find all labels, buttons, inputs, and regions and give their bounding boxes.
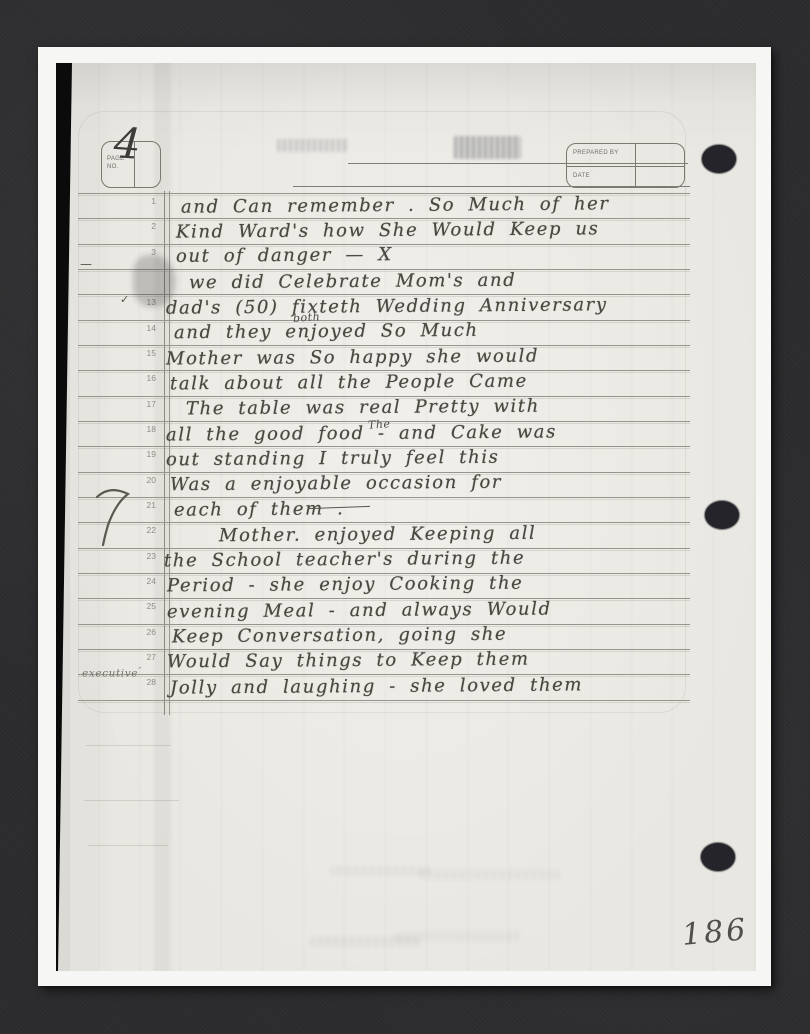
margin-dash-mark: — (80, 257, 92, 271)
line-number: 27 (130, 652, 156, 662)
hole-punch-middle (705, 501, 739, 529)
line-number: 14 (130, 323, 156, 333)
prepared-by-label: PREPARED BY (573, 150, 619, 158)
photocopy-smudge (133, 255, 176, 307)
line-number: 15 (130, 348, 156, 358)
faded-stamp-right (454, 136, 521, 159)
line-number: 20 (130, 475, 156, 485)
ghost-line (84, 800, 179, 801)
manuscript-line: The table was real Pretty with (186, 396, 540, 420)
bleed-through-smudge (395, 931, 520, 942)
line-number: 26 (130, 627, 156, 637)
manuscript-line: Kind Ward's how She Would Keep us (176, 218, 600, 242)
handwritten-page-no: 4 (112, 118, 142, 169)
manuscript-line: out of danger — X (176, 244, 393, 267)
photo-frame: PAGE NO. 4 PREPARED BY DATE 1and Can rem… (38, 47, 771, 986)
manuscript-line: and Can remember . So Much of her (181, 193, 610, 217)
prepared-by-box: PREPARED BY DATE (566, 143, 685, 188)
line-number: 24 (130, 576, 156, 586)
scanned-page: PAGE NO. 4 PREPARED BY DATE 1and Can rem… (56, 63, 756, 971)
manuscript-line: talk about all the People Came (170, 370, 528, 394)
manuscript-line: dad's (50) fixteth Wedding Anniversary (166, 294, 608, 318)
manuscript-line: Jolly and laughing - she loved them (170, 674, 583, 698)
prepared-box-hdivider (567, 166, 684, 167)
date-label: DATE (573, 173, 590, 181)
hole-punch-top (702, 145, 736, 173)
line-number: 1 (130, 196, 156, 206)
ghost-line (86, 745, 171, 746)
manuscript-line: evening Meal - and always Would (167, 598, 552, 622)
ruled-line (78, 497, 690, 498)
manuscript-line: Was a enjoyable occasion for (170, 472, 502, 496)
margin-check-mark: ✓ (120, 293, 129, 306)
hole-punch-bottom (701, 843, 735, 871)
manuscript-line: Mother. enjoyed Keeping all (219, 523, 537, 546)
manuscript-line: Keep Conversation, going she (172, 624, 507, 648)
ghost-line (88, 845, 168, 846)
bleed-through-smudge (420, 869, 560, 880)
line-number: 25 (130, 601, 156, 611)
line-number: 23 (130, 551, 156, 561)
line-number: 18 (130, 424, 156, 434)
inserted-word-both: both (293, 310, 321, 325)
manuscript-line: Period - she enjoy Cooking the (167, 573, 524, 597)
manuscript-line: all the good food - and Cake was (166, 421, 557, 445)
faded-stamp-left (277, 139, 348, 152)
manuscript-line: Would Say things to Keep them (167, 649, 530, 673)
inserted-word-the: The (368, 417, 391, 432)
bleed-through-smudge (330, 866, 430, 876)
notepad-paper: PAGE NO. 4 PREPARED BY DATE 1and Can rem… (56, 63, 756, 971)
line-number: 2 (130, 221, 156, 231)
manuscript-line: Mother was So happy she would (166, 345, 539, 369)
ruled-line (78, 700, 690, 701)
manuscript-line: and they enjoyed So Much (174, 320, 479, 343)
line-number: 19 (130, 449, 156, 459)
corner-page-number: 186 (681, 912, 750, 953)
manuscript-line: out standing I truly feel this (166, 446, 500, 470)
brand-trademark: ” (138, 667, 142, 674)
manuscript-line: the School teacher's during the (164, 548, 525, 572)
line-number: 16 (130, 373, 156, 383)
pencil-margin-mark (94, 487, 134, 549)
line-number: 17 (130, 399, 156, 409)
brand-label: executive” (82, 667, 142, 680)
manuscript-line: we did Celebrate Mom's and (189, 269, 516, 293)
